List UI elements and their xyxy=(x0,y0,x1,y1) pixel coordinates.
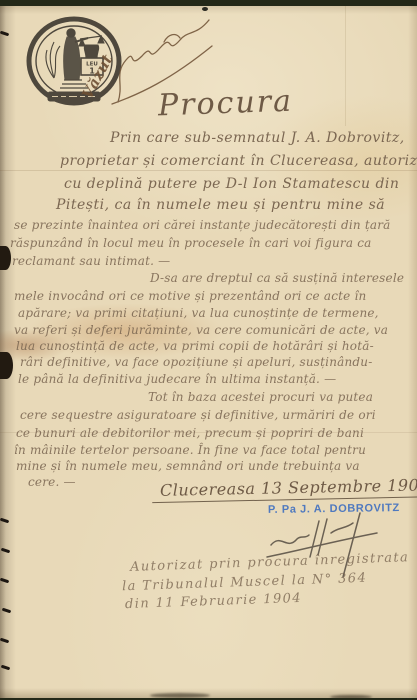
handwritten-line: Tot în baza acestei procuri va putea xyxy=(148,390,373,404)
handwritten-line: ce bunuri ale debitorilor mei, precum și… xyxy=(16,426,364,440)
document-title: Procura xyxy=(157,84,293,124)
scanned-document-page: { "document": { "revenue_stamp": { "deno… xyxy=(0,0,417,700)
agent-signature xyxy=(263,509,388,581)
binding-stitch xyxy=(1,548,10,554)
handwritten-line: în mâinile tertelor persoane. În fine va… xyxy=(14,443,366,457)
handwritten-line: D-sa are dreptul ca să susțină interesel… xyxy=(150,271,404,285)
handwritten-line: răspunzând în locul meu în procesele în … xyxy=(10,236,372,250)
binding-ink-blob xyxy=(0,352,13,379)
handwritten-line: cu deplină putere pe D-l Ion Stamatescu … xyxy=(64,176,399,192)
handwritten-line: va referi și deferi jurăminte, va cere c… xyxy=(14,323,388,337)
handwritten-line: Pitești, ca în numele meu și pentru mine… xyxy=(56,197,385,213)
handwritten-line: proprietar și comerciant în Clucereasa, … xyxy=(60,153,417,169)
handwritten-line: se prezinte înaintea ori cărei instanțe … xyxy=(14,218,391,232)
laurel-branches xyxy=(46,42,60,78)
binding-stitch xyxy=(1,665,10,671)
binding-stitch xyxy=(0,518,9,524)
handwritten-line: mele invocând ori ce motive și prezentân… xyxy=(14,289,366,303)
handwritten-line: mine și în numele meu, semnând ori unde … xyxy=(16,459,360,473)
handwritten-line: Prin care sub-semnatul J. A. Dobrovitz, xyxy=(110,130,405,146)
registration-note-line: la Tribunalul Muscel la N° 364 xyxy=(122,571,368,595)
edge-smudge xyxy=(150,693,210,698)
handwritten-line: cere sequestre asiguratoare și definitiv… xyxy=(20,408,376,422)
binding-stitch xyxy=(0,31,9,37)
handwritten-line: cere. — xyxy=(28,475,76,489)
justice-figure-head xyxy=(67,29,75,37)
fold-crease-horizontal xyxy=(0,170,417,171)
handwritten-line: râri definitive, va face opozițiune și a… xyxy=(20,355,372,369)
handwritten-line: reclamant sau intimat. — xyxy=(12,254,170,268)
dateline: Clucereasa 13 Septembre 1909. xyxy=(152,475,417,503)
handwritten-line: apărare; va primi citațiuni, va lua cuno… xyxy=(18,306,379,320)
edge-smudge xyxy=(330,695,372,698)
handwritten-line: lua cunoștință de acte, va primi copii d… xyxy=(16,339,374,353)
registration-note-line: din 11 Februarie 1904 xyxy=(125,591,302,612)
scan-speck xyxy=(202,7,208,11)
binding-stitch xyxy=(0,638,9,644)
document-paper: LEU 1 Văzut Procura Prin care sub-semnat… xyxy=(0,6,417,698)
handwritten-line: le până la definitiva judecare în ultima… xyxy=(18,372,336,386)
fold-crease-vertical xyxy=(345,6,346,126)
binding-ink-blob xyxy=(0,246,11,270)
binding-stitch xyxy=(0,578,9,584)
binding-stitch xyxy=(2,608,11,614)
